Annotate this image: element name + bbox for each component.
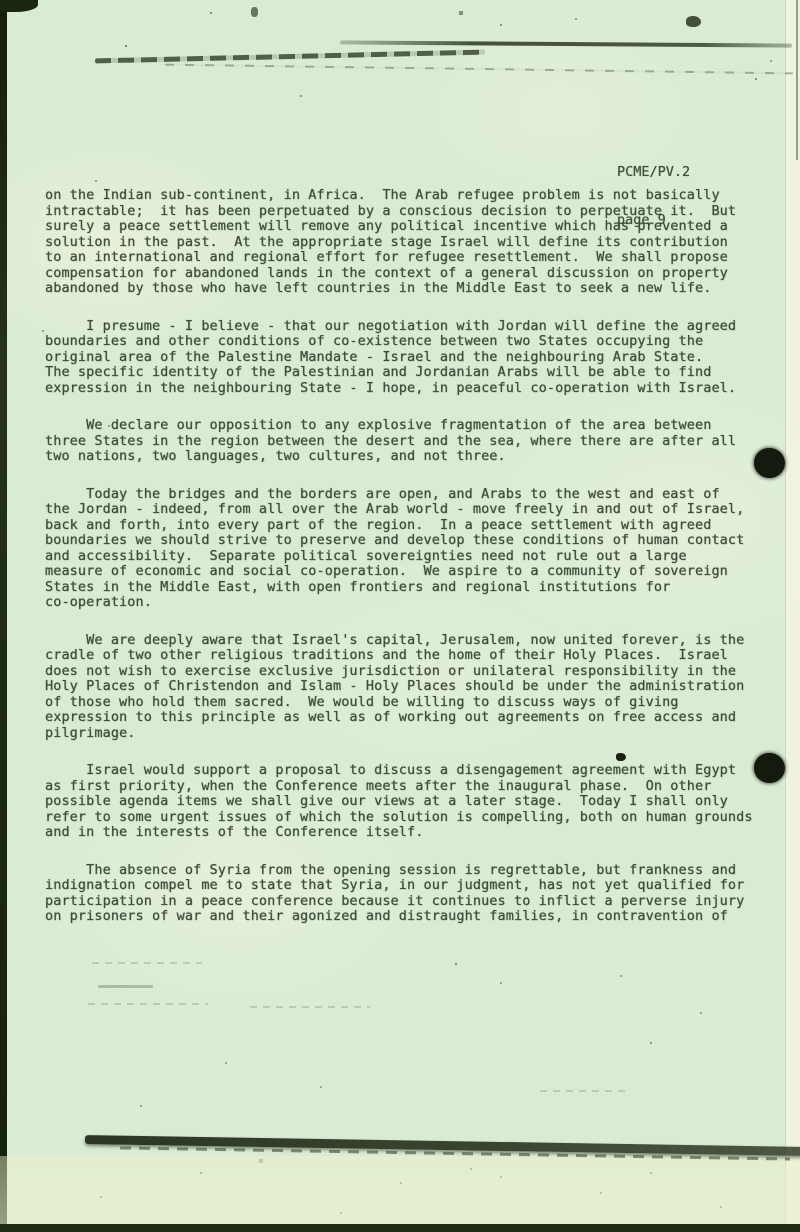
scan-edge-left bbox=[0, 0, 7, 1232]
scan-bottom-tint bbox=[0, 1156, 800, 1224]
paragraph-open-bridges: Today the bridges and the borders are op… bbox=[45, 487, 785, 611]
ink-blot-mark bbox=[616, 753, 626, 761]
scan-smudge-streak-top-right bbox=[340, 40, 792, 47]
scan-ink-mark-top bbox=[686, 16, 701, 27]
paragraph-egypt-disengagement: Israel would support a proposal to discu… bbox=[45, 763, 785, 841]
scan-edge-right bbox=[785, 0, 800, 1232]
hole-punch-dot-lower bbox=[754, 753, 785, 783]
document-reference: PCME/PV.2 bbox=[617, 164, 690, 180]
scan-ghost-smudge bbox=[98, 985, 153, 988]
paragraph-jordan-negotiation: I presume - I believe - that our negotia… bbox=[45, 319, 785, 397]
paragraph-syria-absence: The absence of Syria from the opening se… bbox=[45, 863, 785, 925]
scan-ghost-smudge bbox=[92, 962, 202, 964]
scan-smudge-streak-top-left bbox=[95, 50, 485, 64]
scan-ghost-smudge bbox=[88, 1003, 208, 1005]
scan-speckle-noise bbox=[0, 0, 2, 2]
scan-smudge-streak-top-faint bbox=[165, 64, 793, 75]
scan-edge-bottom bbox=[0, 1224, 800, 1232]
hole-punch-dot-upper bbox=[754, 448, 785, 478]
paragraph-refugees: on the Indian sub-continent, in Africa. … bbox=[45, 188, 785, 297]
document-body: on the Indian sub-continent, in Africa. … bbox=[45, 188, 785, 947]
paragraph-jerusalem-holy-places: We are deeply aware that Israel's capita… bbox=[45, 633, 785, 742]
scan-edge-right-line bbox=[796, 0, 798, 160]
scan-ghost-smudge bbox=[250, 1006, 370, 1008]
scanned-document-page: PCME/PV.2 page 9 on the Indian sub-conti… bbox=[0, 0, 800, 1232]
scan-ghost-smudge bbox=[540, 1090, 630, 1092]
paragraph-opposition-fragmentation: We declare our opposition to any explosi… bbox=[45, 418, 785, 465]
scan-ink-mark-small bbox=[251, 7, 258, 17]
scan-corner-mark bbox=[0, 0, 38, 12]
